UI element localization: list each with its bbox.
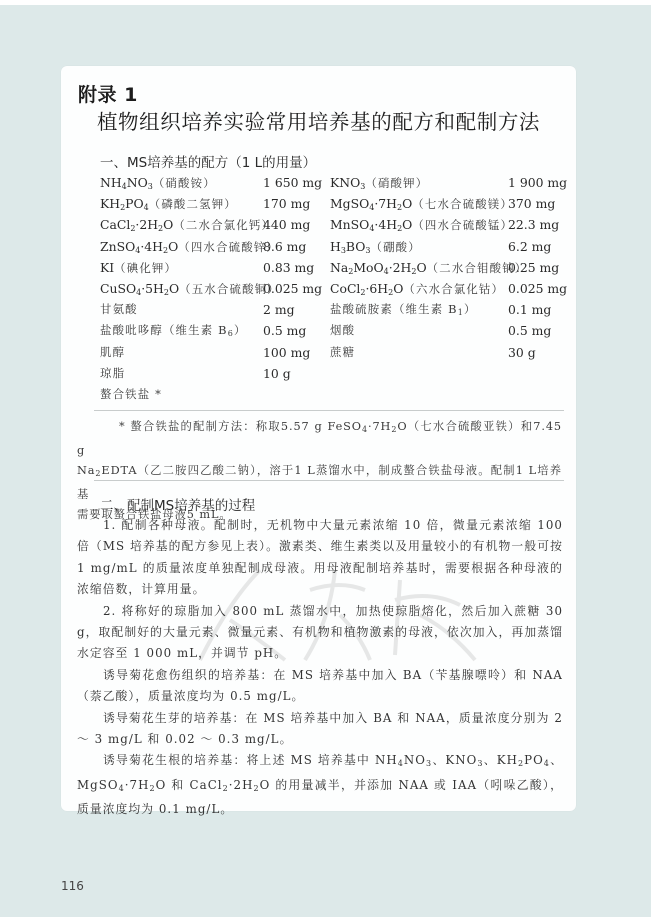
table-row: CuSO4·5H2O（五水合硫酸铜） 0.025 mg CoCl2·6H2O（六… (100, 278, 560, 299)
ingredient-amount: 1 900 mg (508, 172, 567, 193)
ingredient-amount: 0.025 mg (508, 278, 567, 299)
appendix-title: 植物组织培养实验常用培养基的配方和配制方法 (61, 105, 576, 135)
ingredient-amount: 1 650 mg (263, 172, 322, 193)
ingredient-amount: 170 mg (263, 193, 310, 214)
ms-recipe-table: NH4NO3（硝酸铵） 1 650 mg KNO3（硝酸钾） 1 900 mg … (100, 172, 560, 405)
process-step-1: 1. 配制各种母液。配制时，无机物中大量元素浓缩 10 倍，微量元素浓缩 100… (77, 515, 563, 601)
appendix-label: 附录 1 (78, 80, 138, 107)
footnote-top-rule (94, 410, 564, 411)
ingredient-amount: 8.6 mg (263, 236, 306, 257)
section-heading-ms-process: 二、配制MS培养基的过程 (100, 494, 255, 514)
ingredient-amount: 0.83 mg (263, 257, 314, 278)
process-body: 1. 配制各种母液。配制时，无机物中大量元素浓缩 10 倍，微量元素浓缩 100… (77, 515, 563, 821)
ingredient-amount: 0.1 mg (508, 299, 551, 320)
ingredient-amount: 0.5 mg (263, 320, 306, 341)
ingredient-amount: 100 mg (263, 342, 310, 363)
shoot-medium-paragraph: 诱导菊花生芽的培养基：在 MS 培养基中加入 BA 和 NAA，质量浓度分别为 … (77, 708, 563, 751)
page-number: 116 (61, 879, 84, 893)
table-row: 螯合铁盐 * (100, 384, 560, 405)
table-row: CaCl2·2H2O（二水合氯化钙） 440 mg MnSO4·4H2O（四水合… (100, 214, 560, 235)
ingredient-name: 甘氨酸 (100, 299, 138, 320)
ingredient-amount: 370 mg (508, 193, 555, 214)
ingredient-amount: 6.2 mg (508, 236, 551, 257)
table-row: 甘氨酸 2 mg 盐酸硫胺素（维生素 B1） 0.1 mg (100, 299, 560, 320)
table-row: NH4NO3（硝酸铵） 1 650 mg KNO3（硝酸钾） 1 900 mg (100, 172, 560, 193)
ingredient-name: 螯合铁盐 * (100, 384, 162, 405)
table-row: KI（碘化钾） 0.83 mg Na2MoO4·2H2O（二水合钼酸钠） 0.2… (100, 257, 560, 278)
ingredient-name: 烟酸 (330, 320, 355, 341)
callus-medium-paragraph: 诱导菊花愈伤组织的培养基：在 MS 培养基中加入 BA（苄基腺嘌呤）和 NAA（… (77, 665, 563, 708)
table-row: 盐酸吡哆醇（维生素 B6） 0.5 mg 烟酸 0.5 mg (100, 320, 560, 341)
table-row: ZnSO4·4H2O（四水合硫酸锌） 8.6 mg H3BO3（硼酸） 6.2 … (100, 236, 560, 257)
table-row: KH2PO4（磷酸二氢钾） 170 mg MgSO4·7H2O（七水合硫酸镁） … (100, 193, 560, 214)
table-row: 肌醇 100 mg 蔗糖 30 g (100, 342, 560, 363)
ingredient-amount: 22.3 mg (508, 214, 559, 235)
ingredient-amount: 0.025 mg (263, 278, 322, 299)
ingredient-name: KI（碘化钾） (100, 257, 177, 279)
section-heading-ms-formula: 一、MS培养基的配方（1 L的用量） (100, 151, 316, 171)
ingredient-name: 蔗糖 (330, 342, 355, 363)
footnote-line: * 螯合铁盐的配制方法：称取5.57 g FeSO4·7H2O（七水合硫酸亚铁）… (77, 417, 562, 461)
process-step-2: 2. 将称好的琼脂加入 800 mL 蒸馏水中，加热使琼脂熔化，然后加入蔗糖 3… (77, 601, 563, 665)
root-medium-paragraph: 诱导菊花生根的培养基：将上述 MS 培养基中 NH4NO3、KNO3、KH2PO… (77, 750, 563, 820)
ingredient-amount: 2 mg (263, 299, 295, 320)
ingredient-amount: 0.5 mg (508, 320, 551, 341)
ingredient-amount: 440 mg (263, 214, 310, 235)
ingredient-amount: 10 g (263, 363, 291, 384)
ingredient-name: 肌醇 (100, 342, 125, 363)
ingredient-amount: 0.25 mg (508, 257, 559, 278)
ingredient-amount: 30 g (508, 342, 536, 363)
table-row: 琼脂 10 g (100, 363, 560, 384)
footnote-bottom-rule (94, 480, 564, 481)
ingredient-name: 琼脂 (100, 363, 125, 384)
